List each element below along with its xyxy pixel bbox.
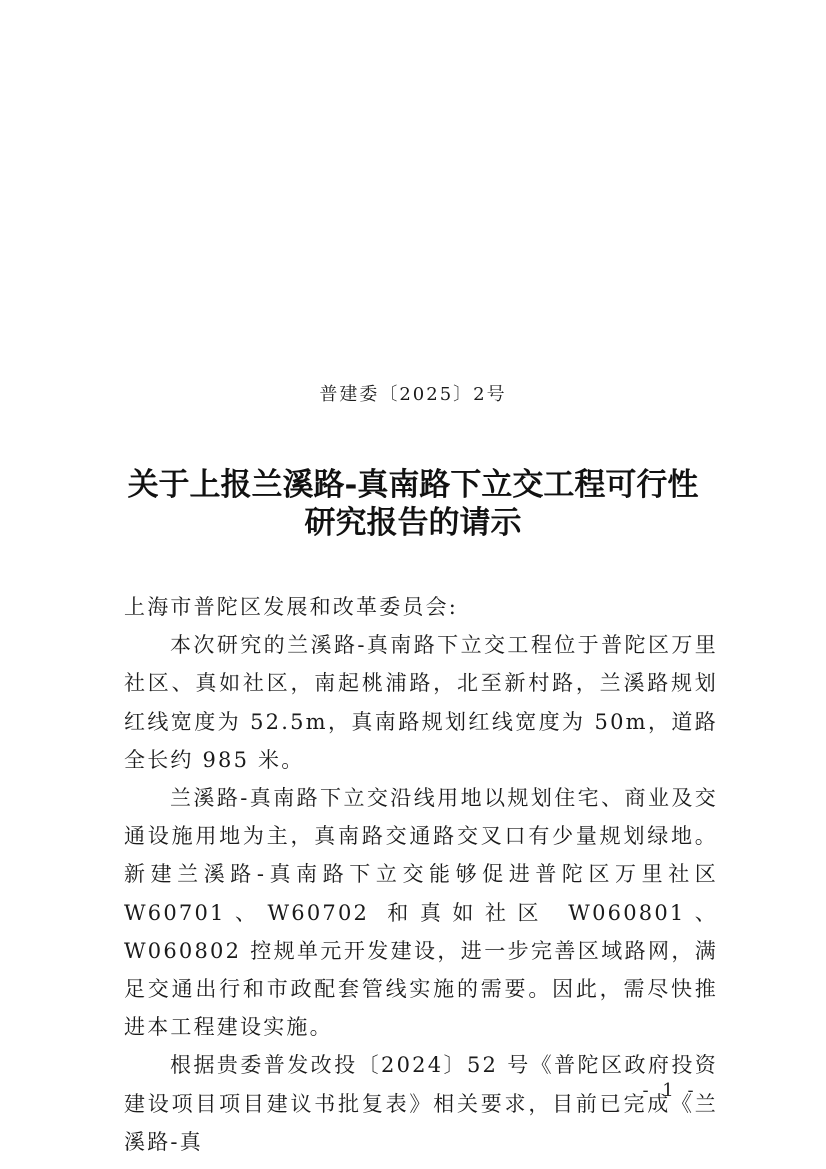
page-number: - 1 - bbox=[640, 1080, 700, 1101]
title-line-1: 关于上报兰溪路-真南路下立交工程可行性 bbox=[0, 466, 826, 504]
title-line-2: 研究报告的请示 bbox=[0, 504, 826, 542]
paragraph-project-overview: 本次研究的兰溪路-真南路下立交工程位于普陀区万里社区、真如社区，南起桃浦路，北至… bbox=[124, 626, 718, 779]
document-title: 关于上报兰溪路-真南路下立交工程可行性 研究报告的请示 bbox=[0, 466, 826, 542]
paragraph-land-use: 兰溪路-真南路下立交沿线用地以规划住宅、商业及交通设施用地为主，真南路交通路交叉… bbox=[124, 779, 718, 1046]
addressee: 上海市普陀区发展和改革委员会: bbox=[124, 588, 718, 626]
document-number: 普建委〔2025〕2号 bbox=[0, 380, 826, 406]
paragraph-approval-basis: 根据贵委普发改投〔2024〕52 号《普陀区政府投资建设项目项目建议书批复表》相… bbox=[124, 1046, 718, 1161]
document-page: 普建委〔2025〕2号 关于上报兰溪路-真南路下立交工程可行性 研究报告的请示 … bbox=[0, 0, 826, 1169]
document-body: 上海市普陀区发展和改革委员会: 本次研究的兰溪路-真南路下立交工程位于普陀区万里… bbox=[124, 588, 718, 1161]
